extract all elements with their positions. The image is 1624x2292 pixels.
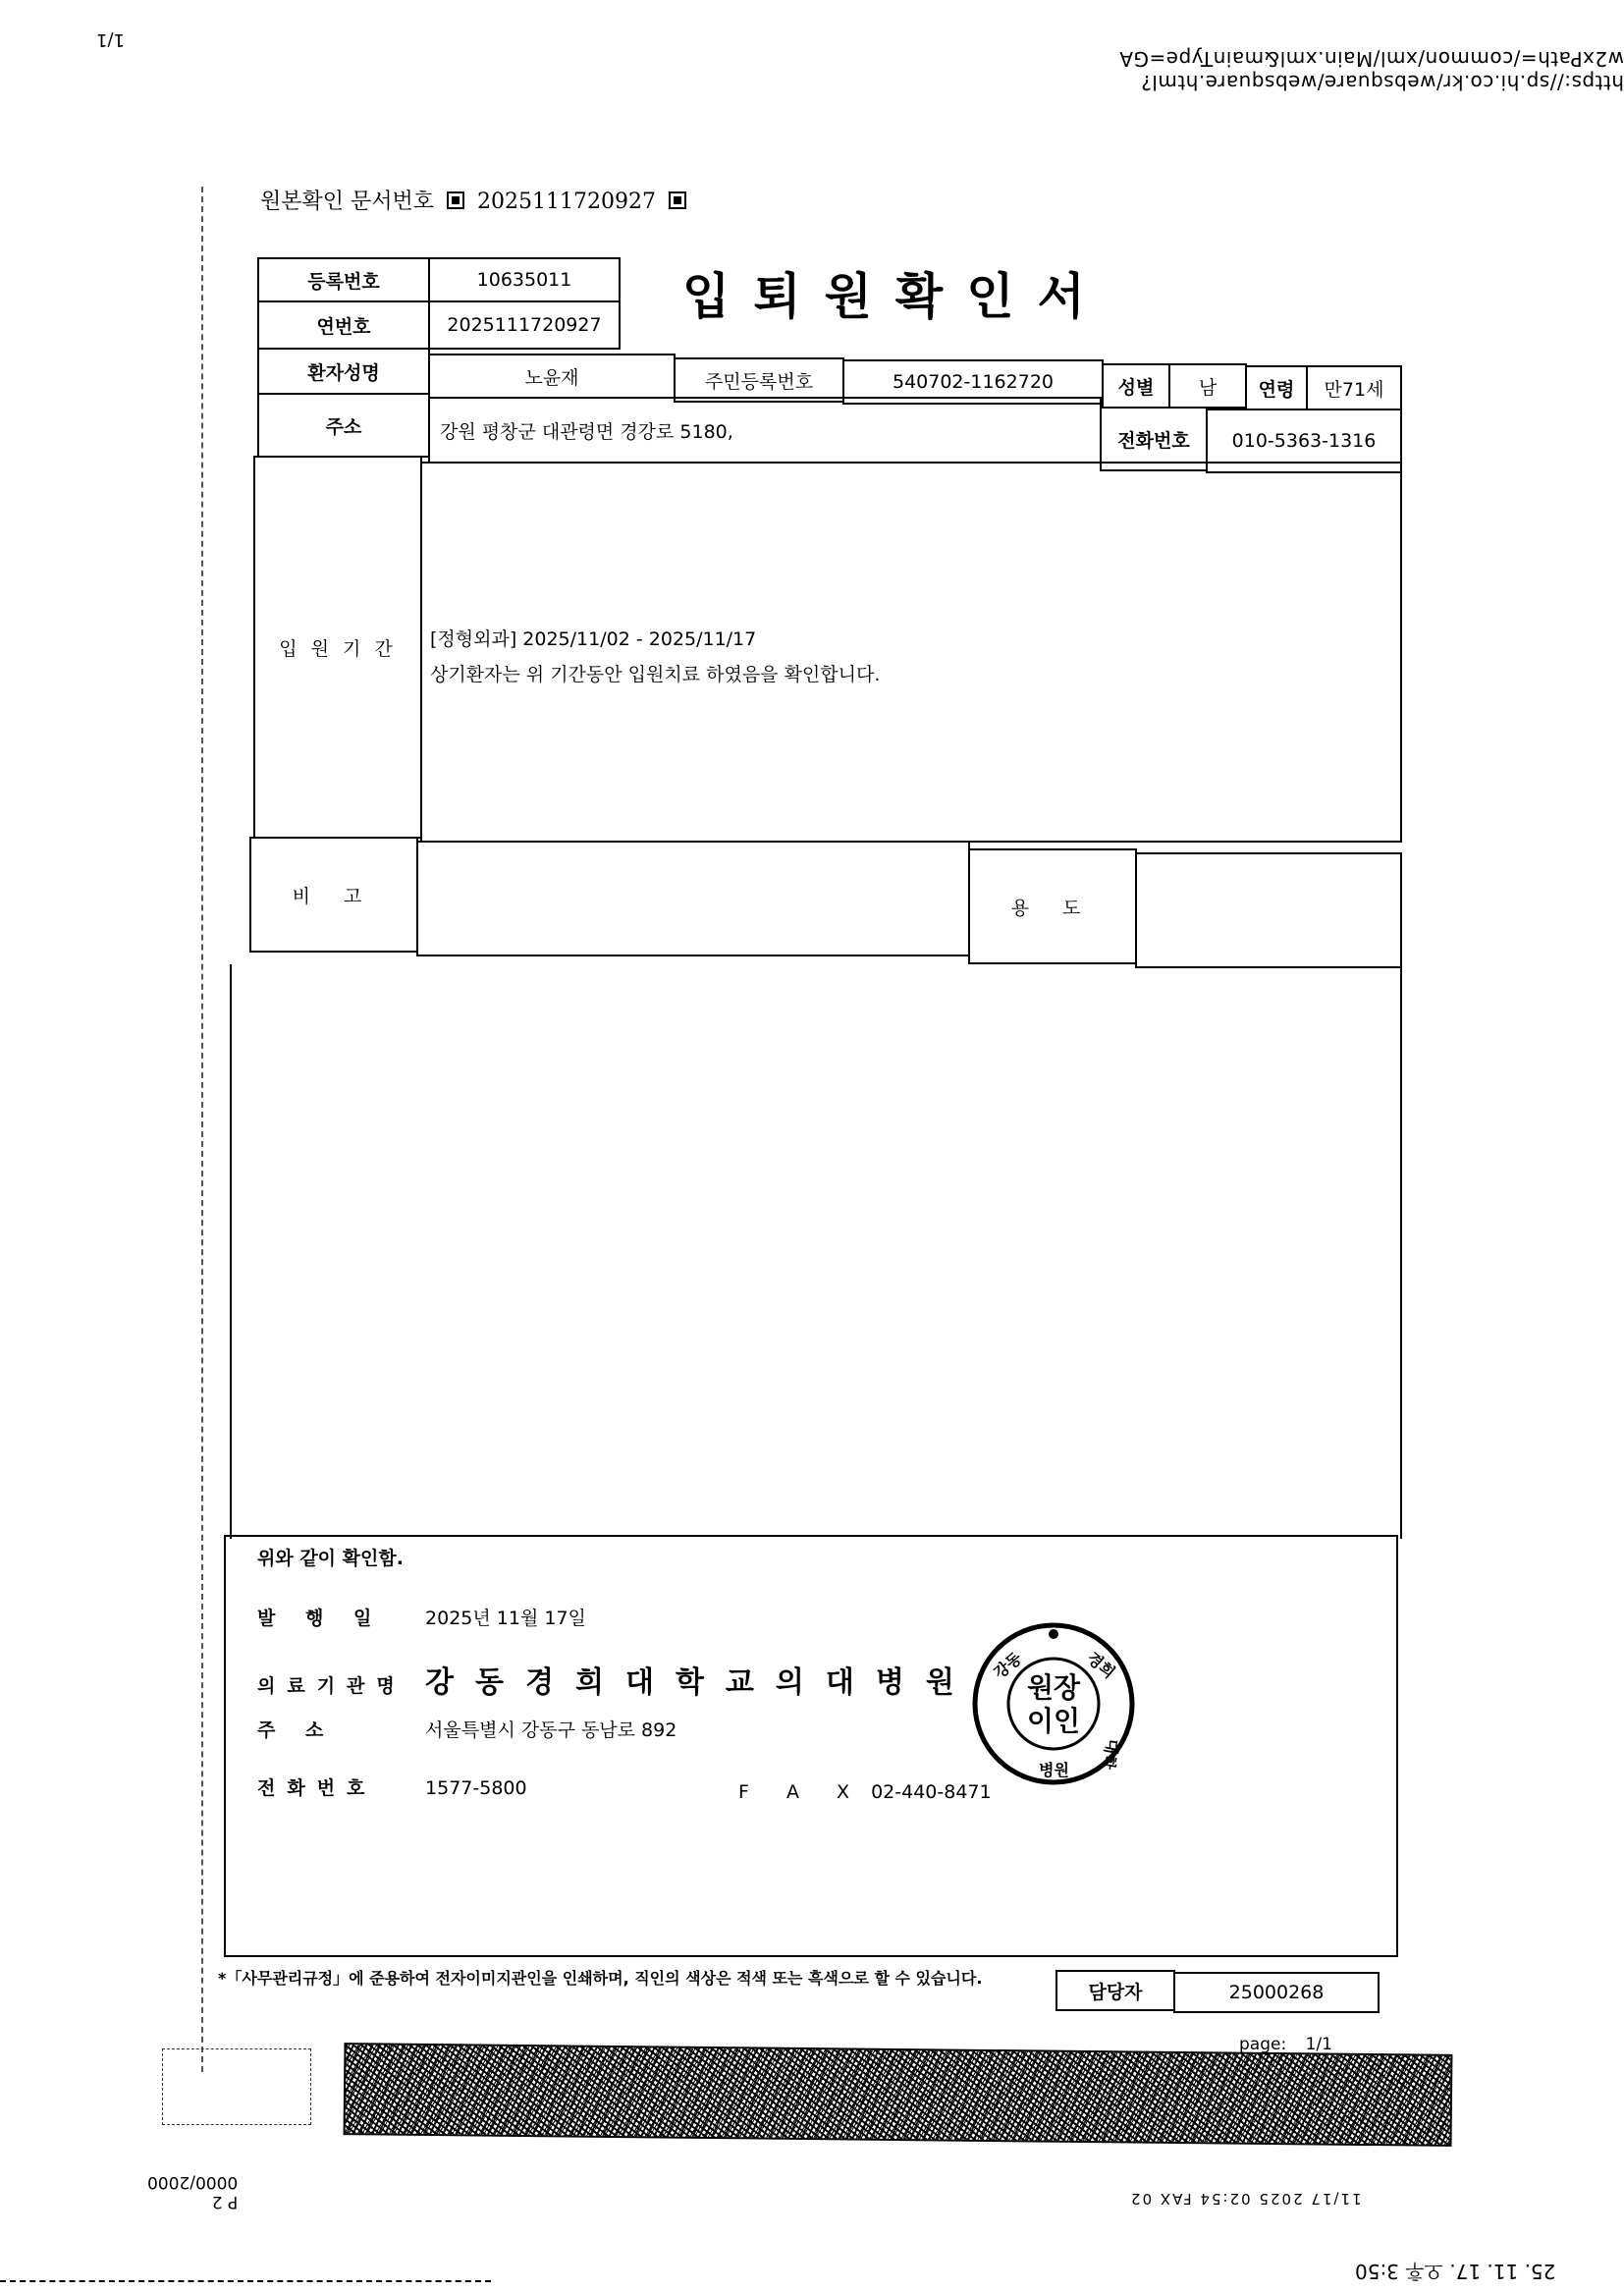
- official-seal-icon: 원장 이인 강동 경희 대학 병원: [970, 1620, 1137, 1787]
- square-mark-icon: [447, 191, 464, 209]
- reg-number-value: 10635011: [428, 257, 621, 302]
- original-confirm-label: 원본확인 문서번호: [260, 190, 434, 214]
- serial-label: 연번호: [257, 300, 430, 350]
- square-mark-icon: [669, 191, 686, 209]
- blank-body-area: [230, 964, 1402, 1539]
- issuer-fax-row: F A X 02-440-8471: [738, 1781, 992, 1803]
- footer-note: *「사무관리규정」에 준용하여 전자이미지관인을 인쇄하며, 직인의 색상은 적…: [218, 1970, 1043, 1988]
- period-dates: [정형외과] 2025/11/02 - 2025/11/17: [430, 622, 880, 657]
- issuer-box: [224, 1535, 1398, 1957]
- confirm-text: 위와 같이 확인함.: [257, 1544, 404, 1570]
- fax-label: F A X: [738, 1781, 865, 1803]
- original-doc-number: 2025111720927: [477, 190, 656, 214]
- issuer-phone-value: 1577-5800: [425, 1777, 527, 1799]
- serial-value: 2025111720927: [428, 300, 621, 350]
- sex-value: 남: [1168, 363, 1247, 409]
- period-content: [정형외과] 2025/11/02 - 2025/11/17 상기환자는 위 기…: [430, 622, 880, 692]
- period-statement: 상기환자는 위 기간동안 입원치료 하였음을 확인합니다.: [430, 657, 880, 692]
- address-value: 강원 평창군 대관령면 경강로 5180,: [428, 397, 1102, 464]
- fax-transmission-line: 11/17 2025 02:54 FAX 02: [1129, 2190, 1362, 2208]
- page-value: 1/1: [1306, 2035, 1332, 2054]
- purpose-value: [1135, 852, 1402, 968]
- issuer-address-row: 주 소 서울특별시 강동구 동남로 892: [257, 1716, 677, 1742]
- issuer-address-value: 서울특별시 강동구 동남로 892: [425, 1719, 677, 1741]
- original-confirm-line: 원본확인 문서번호 2025111720927: [260, 185, 692, 215]
- svg-text:대학: 대학: [1099, 1737, 1122, 1771]
- fax-page: P 2: [147, 2192, 238, 2211]
- institution-row: 의료기관명 강동경희대학교의대병원: [257, 1658, 976, 1701]
- issue-date-label: 발 행 일: [257, 1604, 419, 1630]
- institution-name: 강동경희대학교의대병원: [425, 1665, 976, 1700]
- stamp-placeholder: [162, 2048, 311, 2125]
- age-value: 만71세: [1306, 365, 1402, 410]
- manager-label: 담당자: [1056, 1970, 1175, 2011]
- svg-text:병원: 병원: [1039, 1761, 1069, 1779]
- fax-code-number: 0000/2000: [147, 2172, 238, 2192]
- svg-text:이인: 이인: [1027, 1705, 1080, 1737]
- patient-name-label: 환자성명: [257, 348, 430, 395]
- age-label: 연령: [1245, 365, 1308, 410]
- issuer-phone-label: 전화번호: [257, 1774, 419, 1800]
- fax-code: P 2 0000/2000: [147, 2172, 238, 2211]
- remarks-value: [416, 841, 970, 956]
- margin-line: [201, 187, 203, 2072]
- issuer-phone-row: 전화번호 1577-5800: [257, 1774, 527, 1800]
- print-page-number: 1/1: [96, 29, 125, 50]
- print-url: https://sp.hi.co.kr/websquare/websquare.…: [677, 47, 1624, 94]
- remarks-label: 비 고: [249, 837, 418, 953]
- bottom-cut-line: [0, 2280, 491, 2282]
- institution-label: 의료기관명: [257, 1671, 419, 1698]
- issue-date-value: 2025년 11월 17일: [425, 1608, 586, 1629]
- address-label: 주소: [257, 393, 430, 458]
- patient-name-value: 노윤재: [428, 354, 676, 399]
- reg-number-label: 등록번호: [257, 257, 430, 302]
- manager-id: 25000268: [1173, 1972, 1380, 2013]
- sex-label: 성별: [1102, 363, 1170, 409]
- received-time: 25. 11. 17. 오후 3:50: [1355, 2259, 1555, 2287]
- document-title: 입퇴원확인서: [682, 257, 1109, 328]
- issue-date-row: 발 행 일 2025년 11월 17일: [257, 1604, 586, 1630]
- security-pattern: [344, 2043, 1453, 2147]
- purpose-label: 용 도: [968, 848, 1137, 964]
- svg-text:원장: 원장: [1027, 1671, 1081, 1704]
- period-label: 입 원 기 간: [253, 456, 422, 839]
- issuer-address-label: 주 소: [257, 1716, 419, 1742]
